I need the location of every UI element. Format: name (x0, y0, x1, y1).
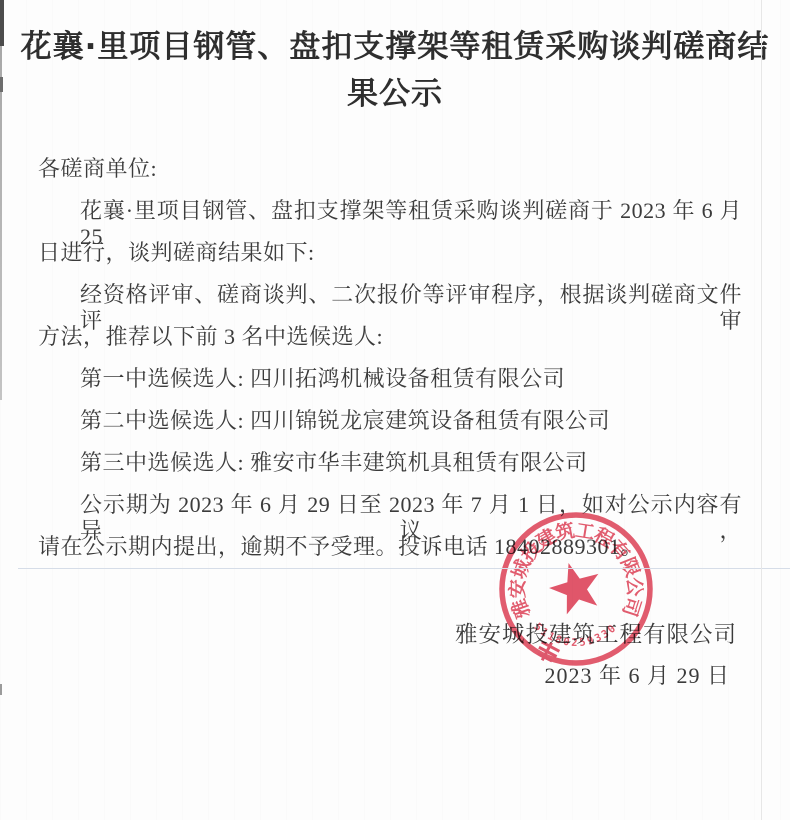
body-line-candidate-1: 第一中选候选人: 四川拓鸿机械设备租赁有限公司 (38, 366, 742, 408)
scan-artifact-left-low-mark (0, 684, 2, 695)
body-line: 日进行，谈判磋商结果如下: (38, 240, 742, 282)
body-line-candidate-3: 第三中选候选人: 雅安市华丰建筑机具租赁有限公司 (38, 450, 742, 492)
body-line-candidate-2: 第二中选候选人: 四川锦锐龙宸建筑设备租赁有限公司 (38, 408, 742, 450)
body-line-salutation: 各磋商单位: (38, 156, 742, 198)
body-line: 花襄·里项目钢管、盘扣支撑架等租赁采购谈判磋商于 2023 年 6 月 25 (38, 198, 742, 240)
page-title: 花襄·里项目钢管、盘扣支撑架等租赁采购谈判磋商结 果公示 (0, 24, 790, 118)
page-title-line-1: 花襄·里项目钢管、盘扣支撑架等租赁采购谈判磋商结 (0, 24, 790, 71)
body-line: 经资格评审、磋商谈判、二次报价等评审程序，根据谈判磋商文件评审 (38, 282, 742, 324)
scan-artifact-vertical-line (761, 0, 762, 820)
page-title-line-2: 果公示 (0, 71, 790, 118)
star-icon (547, 560, 603, 616)
company-seal: 雅安城投建筑工程有限公司 51180259330 (488, 503, 664, 679)
scanned-announcement-page: { "title": { "line1": "花襄·里项目钢管、盘扣支撑架等租赁… (0, 0, 790, 820)
